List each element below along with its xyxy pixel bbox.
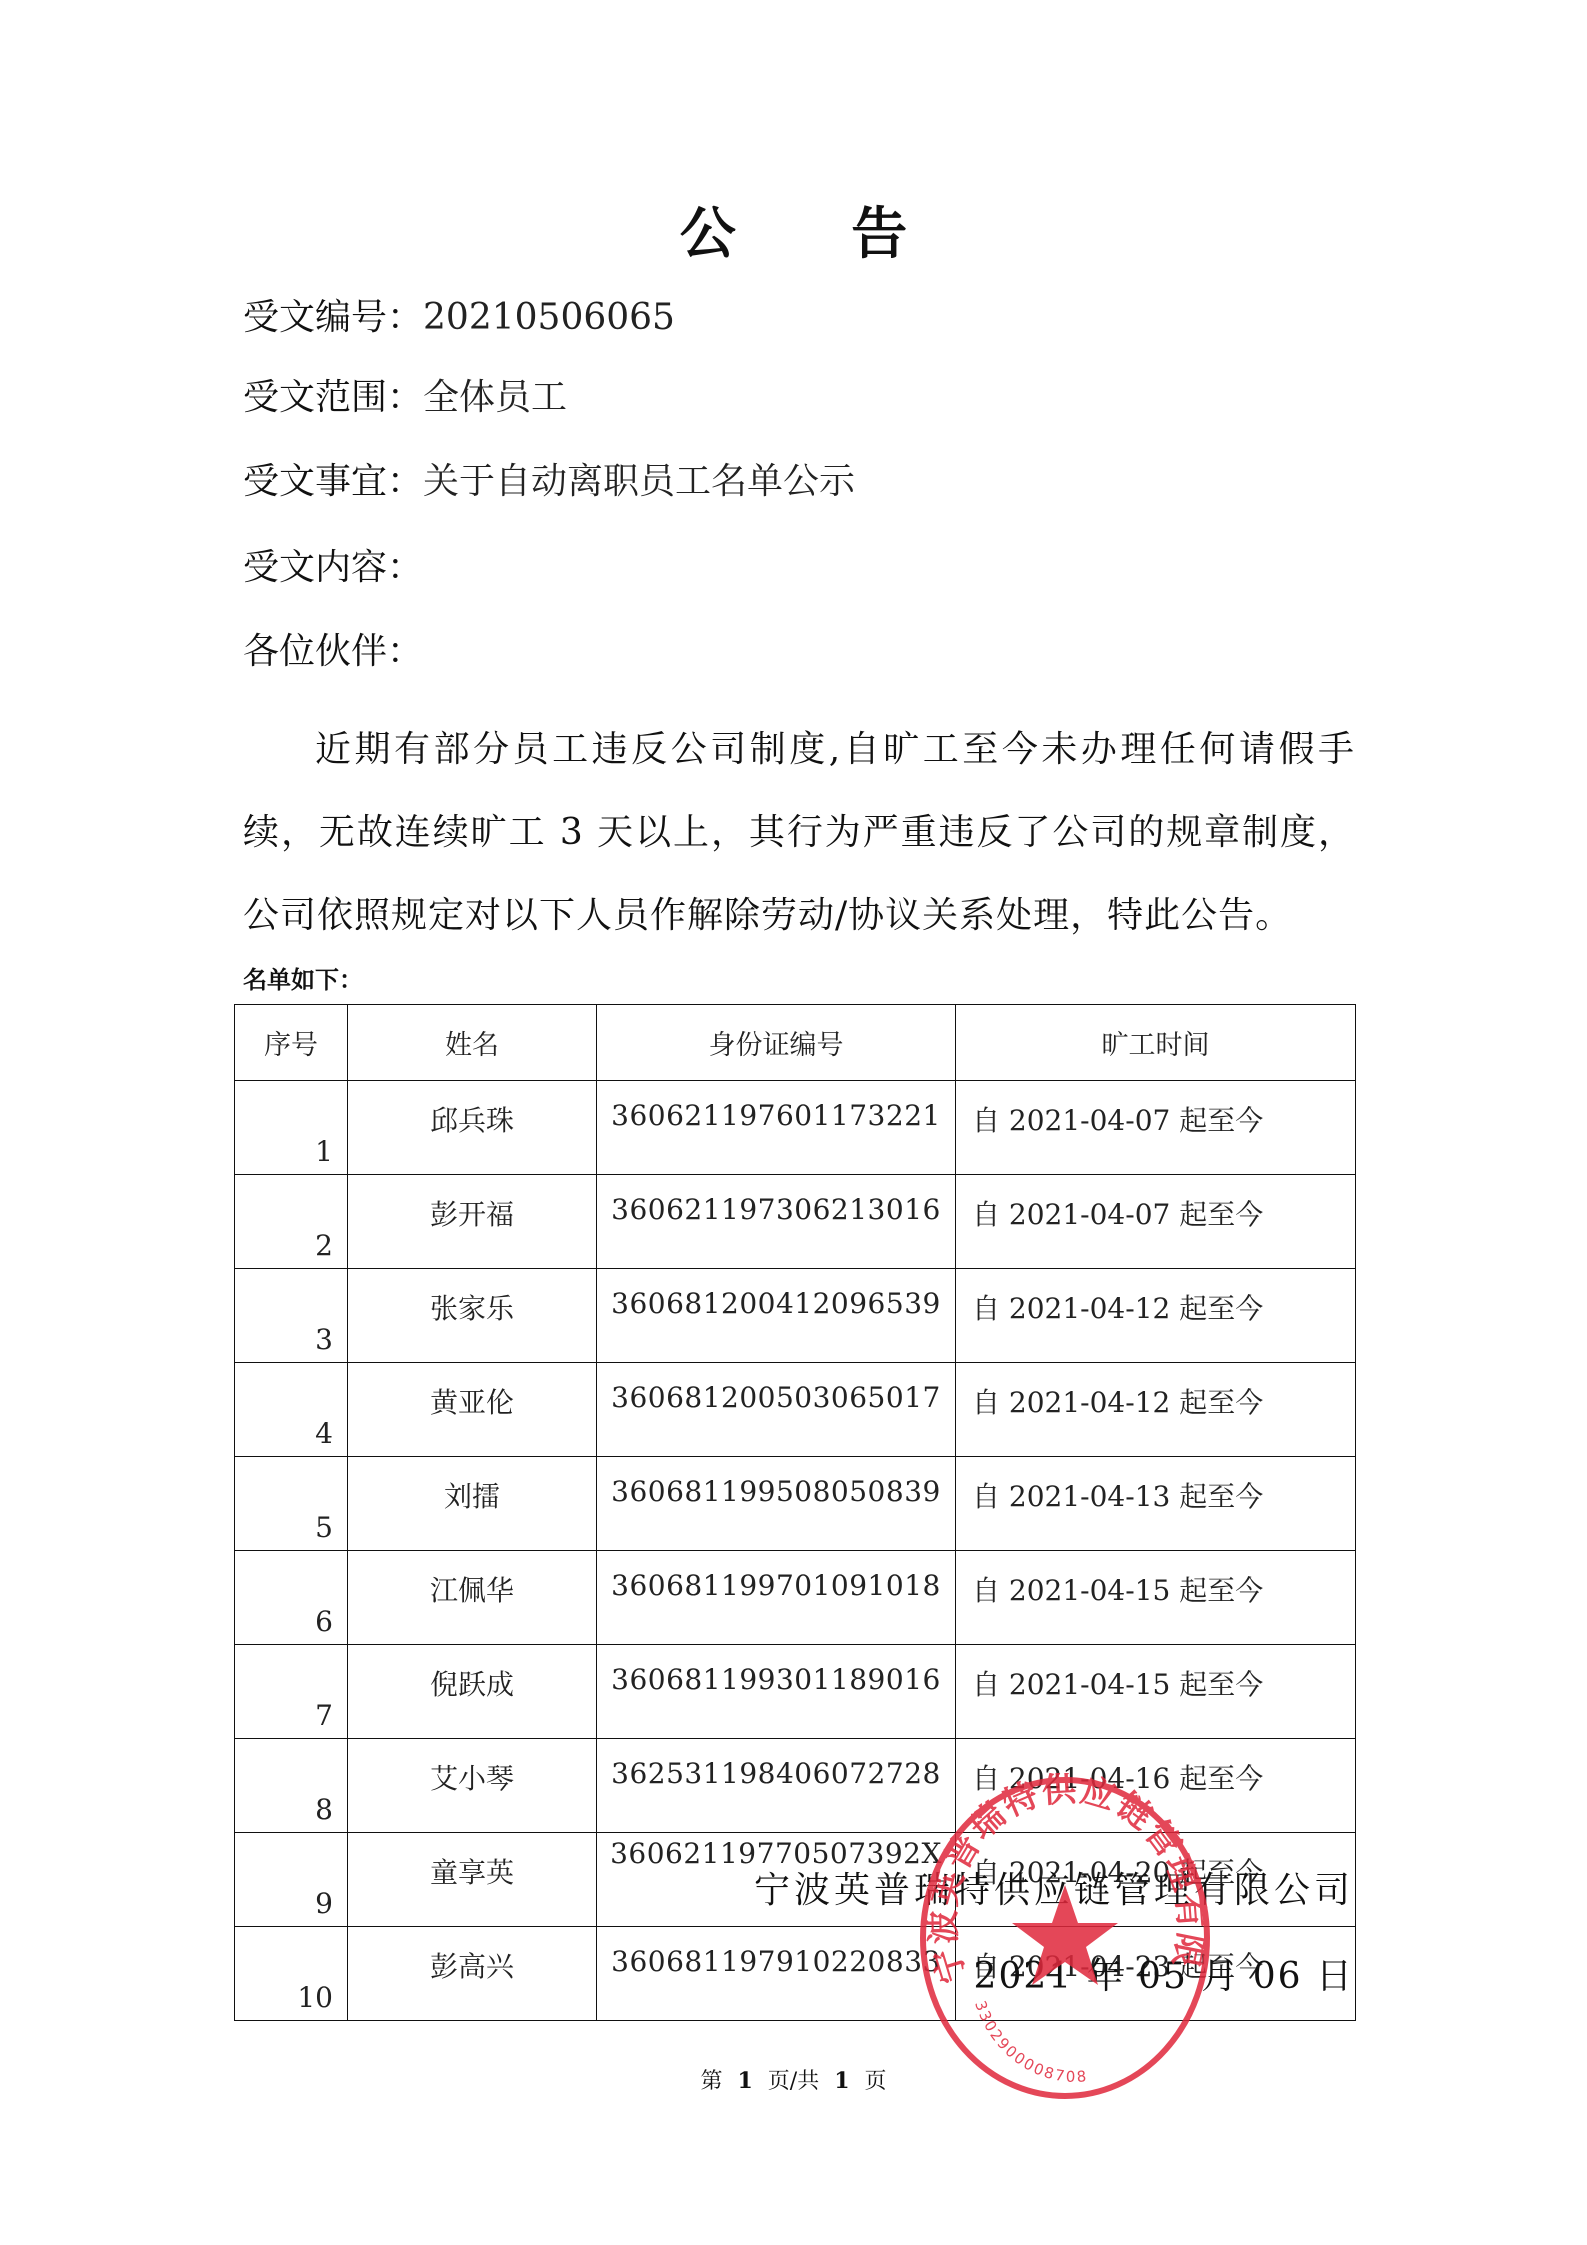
list-label: 名单如下： — [243, 960, 363, 995]
table-header-row: 序号 姓名 身份证编号 旷工时间 — [235, 1005, 1356, 1081]
table-row: 3 张家乐 360681200412096539 自 2021-04-12 起至… — [235, 1269, 1356, 1363]
row-period: 自 2021-04-13 起至今 — [956, 1457, 1356, 1551]
field-value: 全体员工 — [423, 377, 567, 418]
row-id-number: 362531198406072728 — [597, 1739, 956, 1833]
row-id-number: 360681200412096539 — [597, 1269, 956, 1363]
row-id-number: 360621197306213016 — [597, 1175, 956, 1269]
row-name: 张家乐 — [348, 1269, 597, 1363]
row-id-number: 360681197910220833 — [597, 1927, 956, 2021]
current-page: 1 — [737, 2068, 752, 2094]
header-absence-period: 旷工时间 — [956, 1005, 1356, 1081]
row-index: 1 — [235, 1081, 348, 1175]
row-period: 自 2021-04-07 起至今 — [956, 1175, 1356, 1269]
row-period: 自 2021-04-15 起至今 — [956, 1551, 1356, 1645]
body-paragraph: 近期有部分员工违反公司制度,自旷工至今未办理任何请假手续，无故连续旷工 3 天以… — [243, 708, 1355, 957]
row-id-number: 360681199508050839 — [597, 1457, 956, 1551]
total-pages: 1 — [834, 2068, 849, 2094]
field-content: 受文内容： — [243, 544, 423, 592]
row-period: 自 2021-04-15 起至今 — [956, 1645, 1356, 1739]
field-value: 20210506065 — [423, 297, 675, 338]
header-id-number: 身份证编号 — [597, 1005, 956, 1081]
table-row: 7 倪跃成 360681199301189016 自 2021-04-15 起至… — [235, 1645, 1356, 1739]
row-name: 彭高兴 — [348, 1927, 597, 2021]
row-index: 10 — [235, 1927, 348, 2021]
page-footer: 第 1 页/共 1 页 — [0, 2064, 1587, 2095]
row-name: 邱兵珠 — [348, 1081, 597, 1175]
table-row: 2 彭开福 360621197306213016 自 2021-04-07 起至… — [235, 1175, 1356, 1269]
document-page: 公 告 受文编号：20210506065 受文范围：全体员工 受文事宜：关于自动… — [0, 0, 1587, 2245]
row-id-number: 360621197601173221 — [597, 1081, 956, 1175]
row-index: 7 — [235, 1645, 348, 1739]
row-id-number: 360681199701091018 — [597, 1551, 956, 1645]
greeting: 各位伙伴： — [243, 628, 423, 676]
field-label: 受文事宜： — [243, 461, 423, 502]
page-title: 公 告 — [0, 200, 1587, 270]
field-label: 受文范围： — [243, 377, 423, 418]
table-row: 4 黄亚伦 360681200503065017 自 2021-04-12 起至… — [235, 1363, 1356, 1457]
row-index: 4 — [235, 1363, 348, 1457]
table-row: 5 刘擂 360681199508050839 自 2021-04-13 起至今 — [235, 1457, 1356, 1551]
row-name: 童享英 — [348, 1833, 597, 1927]
table-row: 6 江佩华 360681199701091018 自 2021-04-15 起至… — [235, 1551, 1356, 1645]
footer-suffix: 页 — [865, 2069, 887, 2094]
row-id-number: 360681199301189016 — [597, 1645, 956, 1739]
row-name: 刘擂 — [348, 1457, 597, 1551]
field-value: 关于自动离职员工名单公示 — [423, 461, 855, 502]
row-name: 倪跃成 — [348, 1645, 597, 1739]
row-index: 8 — [235, 1739, 348, 1833]
row-index: 5 — [235, 1457, 348, 1551]
row-period: 自 2021-04-12 起至今 — [956, 1363, 1356, 1457]
row-name: 江佩华 — [348, 1551, 597, 1645]
company-seal-icon: 宁波英普瑞特供应链管理有限公司 3302900008708 — [915, 1773, 1215, 2103]
row-index: 2 — [235, 1175, 348, 1269]
table-row: 1 邱兵珠 360621197601173221 自 2021-04-07 起至… — [235, 1081, 1356, 1175]
row-index: 9 — [235, 1833, 348, 1927]
row-period: 自 2021-04-07 起至今 — [956, 1081, 1356, 1175]
row-name: 艾小琴 — [348, 1739, 597, 1833]
field-label: 受文编号： — [243, 297, 423, 338]
field-label: 受文内容： — [243, 547, 423, 588]
row-index: 6 — [235, 1551, 348, 1645]
header-index: 序号 — [235, 1005, 348, 1081]
row-period: 自 2021-04-12 起至今 — [956, 1269, 1356, 1363]
row-id-number: 360681200503065017 — [597, 1363, 956, 1457]
field-doc-number: 受文编号：20210506065 — [243, 294, 675, 342]
row-index: 3 — [235, 1269, 348, 1363]
footer-middle: 页/共 — [768, 2069, 819, 2094]
field-subject: 受文事宜：关于自动离职员工名单公示 — [243, 458, 855, 506]
row-name: 彭开福 — [348, 1175, 597, 1269]
field-scope: 受文范围：全体员工 — [243, 374, 567, 422]
row-name: 黄亚伦 — [348, 1363, 597, 1457]
footer-prefix: 第 — [700, 2069, 722, 2094]
header-name: 姓名 — [348, 1005, 597, 1081]
